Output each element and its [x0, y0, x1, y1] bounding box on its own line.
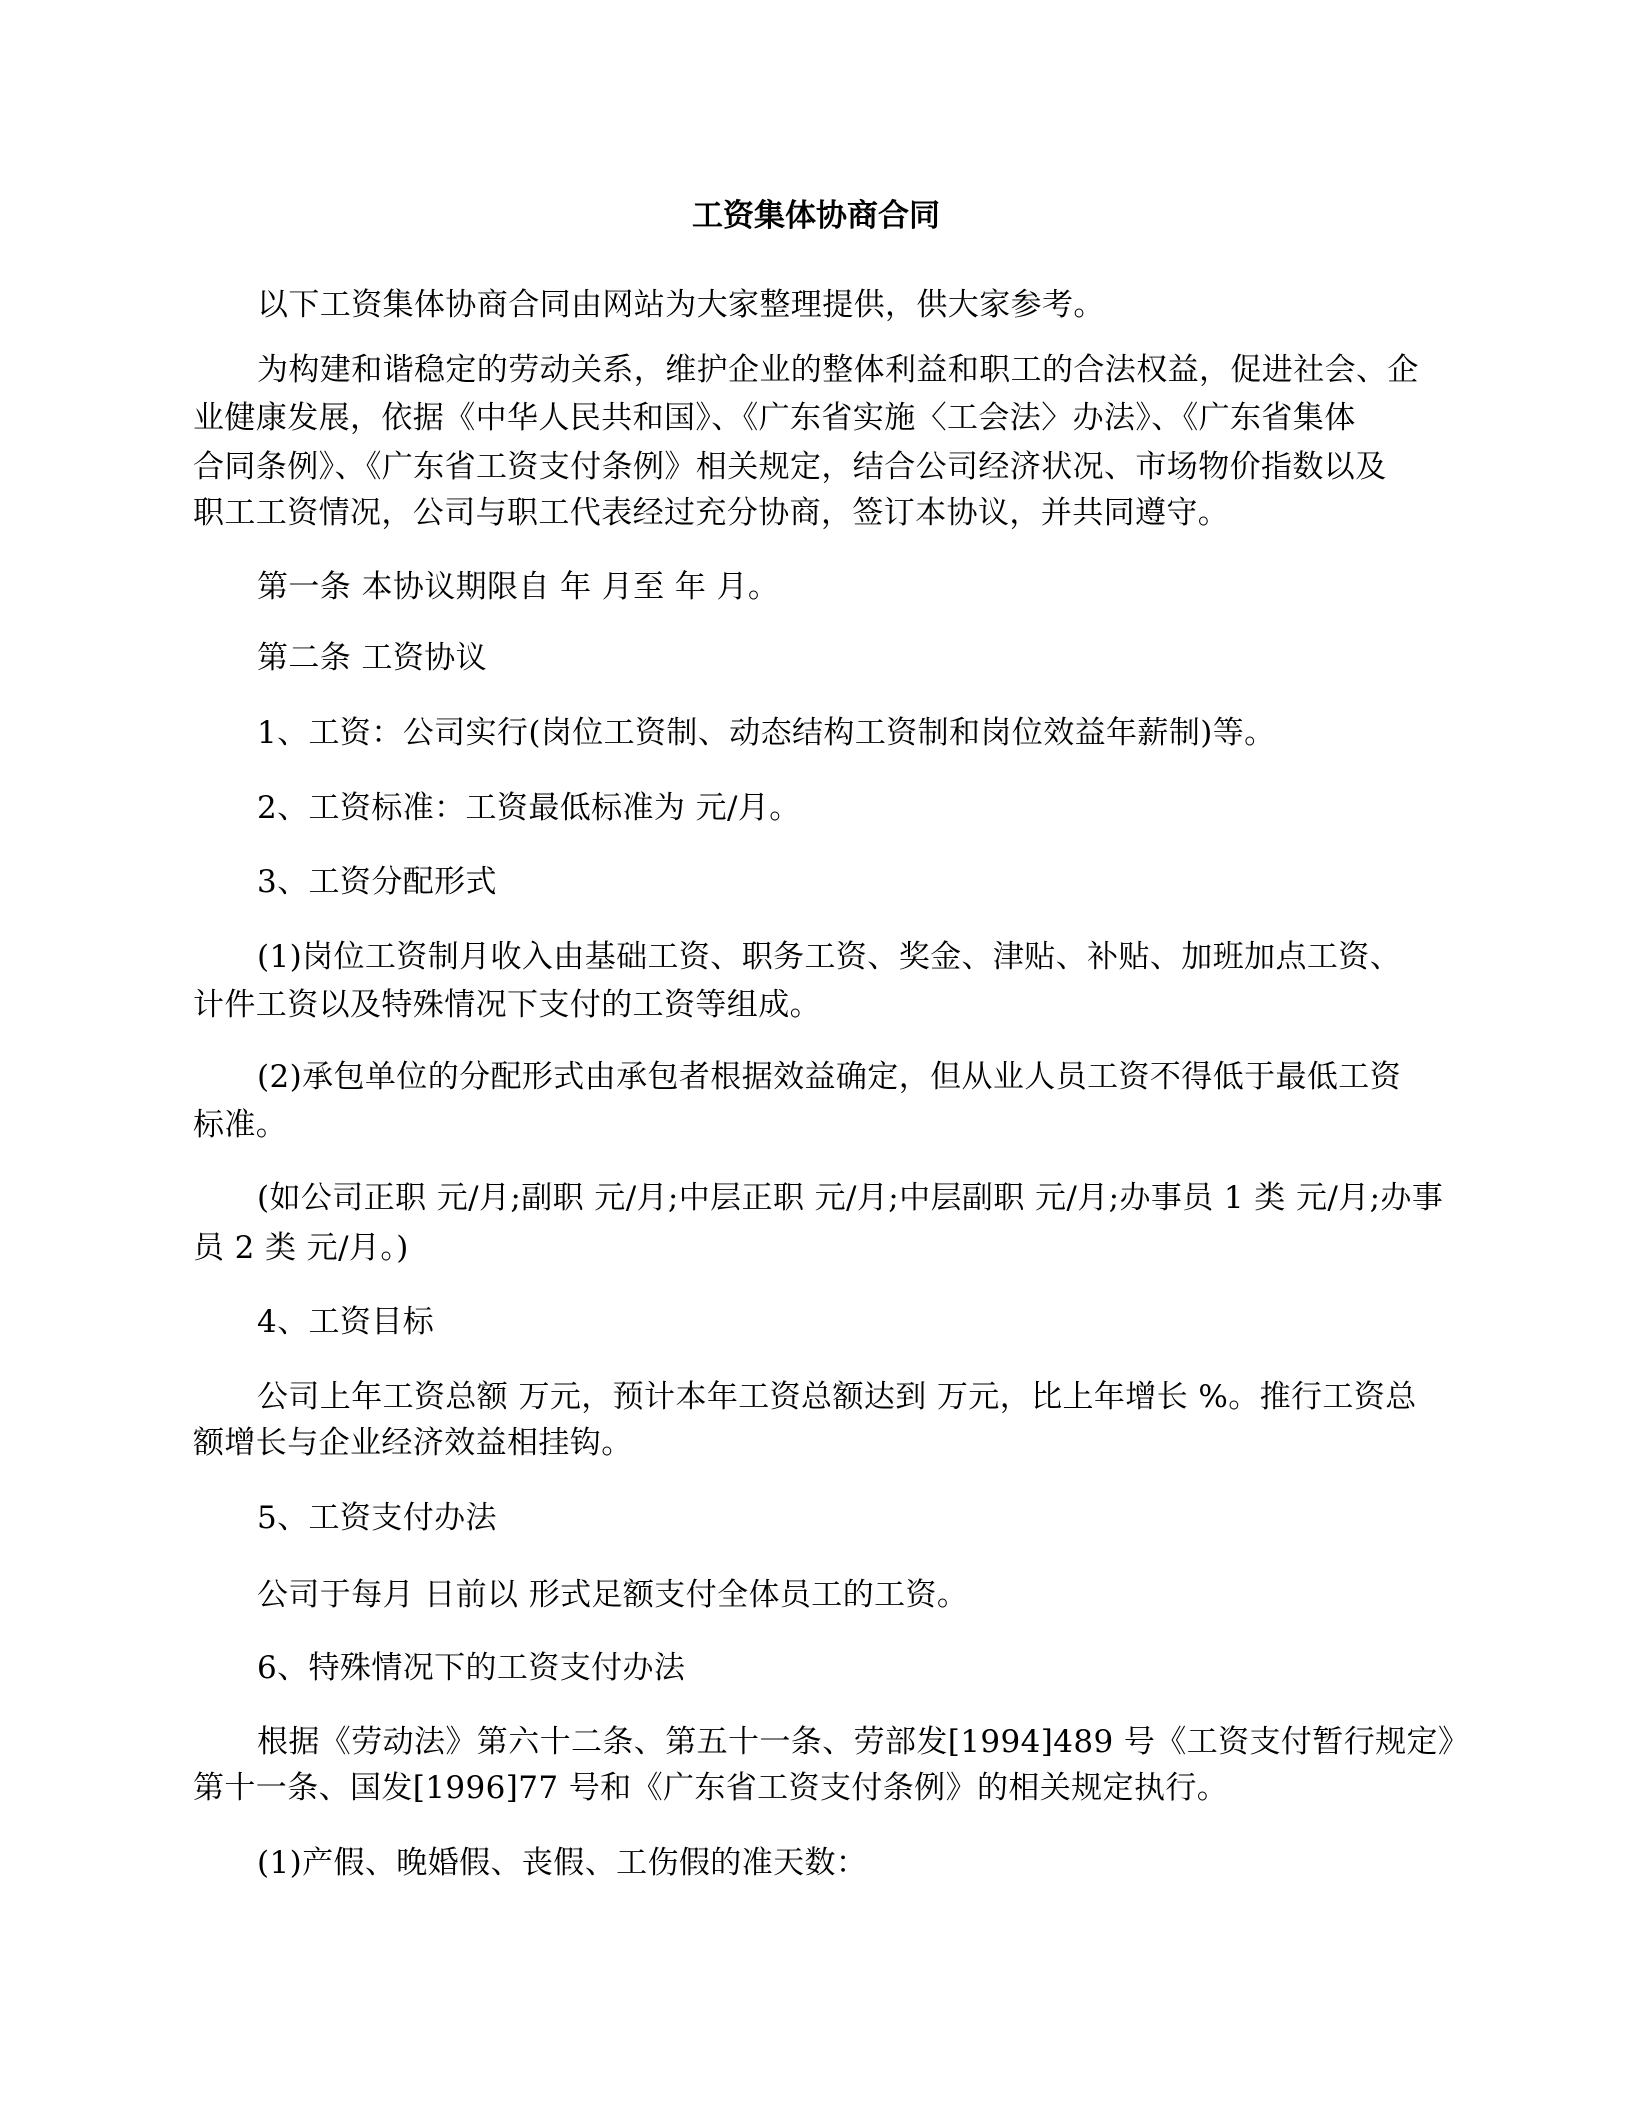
- clause-3-2-line-2: 标准。: [193, 1105, 1453, 1145]
- preamble-line-1: 为构建和谐稳定的劳动关系，维护企业的整体利益和职工的合法权益，促进社会、企: [257, 350, 1517, 390]
- clause-6-1-heading: (1)产假、晚婚假、丧假、工伤假的准天数：: [257, 1843, 1517, 1883]
- document-title: 工资集体协商合同: [0, 196, 1632, 236]
- clause-3-heading: 3、工资分配形式: [257, 862, 1517, 902]
- intro-paragraph: 以下工资集体协商合同由网站为大家整理提供，供大家参考。: [257, 285, 1517, 325]
- clause-4-body-line-1: 公司上年工资总额 万元，预计本年工资总额达到 万元，比上年增长 %。推行工资总: [257, 1377, 1517, 1417]
- preamble-line-2: 业健康发展，依据《中华人民共和国》、《广东省实施〈工会法〉办法》、《广东省集体: [193, 398, 1453, 438]
- article-2-heading: 第二条 工资协议: [257, 638, 1517, 678]
- preamble-line-4: 职工工资情况，公司与职工代表经过充分协商，签订本协议，并共同遵守。: [193, 493, 1453, 533]
- clause-4-body-line-2: 额增长与企业经济效益相挂钩。: [193, 1423, 1453, 1463]
- preamble-line-3: 合同条例》、《广东省工资支付条例》相关规定，结合公司经济状况、市场物价指数以及: [193, 447, 1453, 487]
- clause-3-1-line-2: 计件工资以及特殊情况下支付的工资等组成。: [193, 985, 1453, 1025]
- clause-3-1-line-1: (1)岗位工资制月收入由基础工资、职务工资、奖金、津贴、补贴、加班加点工资、: [257, 937, 1517, 977]
- clause-5-heading: 5、工资支付办法: [257, 1498, 1517, 1538]
- clause-4-heading: 4、工资目标: [257, 1302, 1517, 1342]
- document-page: 工资集体协商合同 以下工资集体协商合同由网站为大家整理提供，供大家参考。 为构建…: [0, 0, 1632, 2112]
- clause-5-body: 公司于每月 日前以 形式足额支付全体员工的工资。: [257, 1575, 1517, 1615]
- clause-6-heading: 6、特殊情况下的工资支付办法: [257, 1648, 1517, 1688]
- article-1-term: 第一条 本协议期限自 年 月至 年 月。: [257, 567, 1517, 607]
- clause-1-wage-system: 1、工资：公司实行(岗位工资制、动态结构工资制和岗位效益年薪制)等。: [257, 713, 1517, 753]
- clause-6-body-line-2: 第十一条、国发[1996]77 号和《广东省工资支付条例》的相关规定执行。: [193, 1768, 1453, 1808]
- salary-example-line-1: (如公司正职 元/月;副职 元/月;中层正职 元/月;中层副职 元/月;办事员 …: [257, 1178, 1517, 1218]
- salary-example-line-2: 员 2 类 元/月。): [193, 1228, 1453, 1268]
- clause-6-body-line-1: 根据《劳动法》第六十二条、第五十一条、劳部发[1994]489 号《工资支付暂行…: [257, 1722, 1517, 1762]
- clause-3-2-line-1: (2)承包单位的分配形式由承包者根据效益确定，但从业人员工资不得低于最低工资: [257, 1057, 1517, 1097]
- clause-2-wage-standard: 2、工资标准：工资最低标准为 元/月。: [257, 788, 1517, 828]
